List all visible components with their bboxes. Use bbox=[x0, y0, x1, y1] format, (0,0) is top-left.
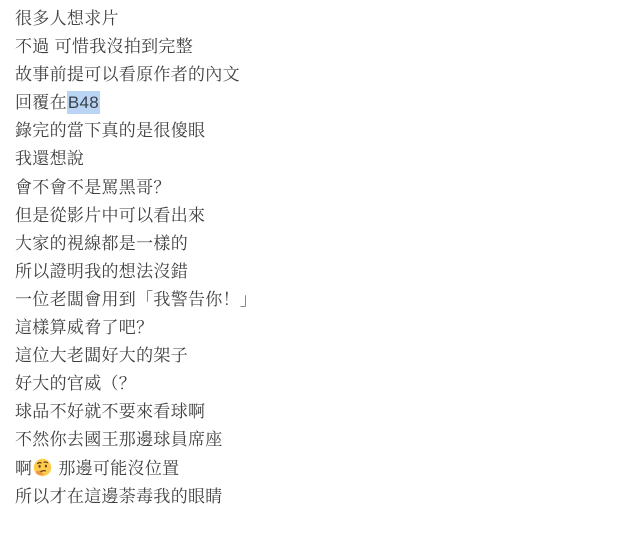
post-line: 一位老闆會用到「我警告你！」 bbox=[15, 286, 615, 314]
post-text: 一位老闆會用到「我警告你！」 bbox=[15, 290, 257, 309]
post-text: 不然你去國王那邊球員席座 bbox=[15, 430, 223, 449]
post-text: 回覆在 bbox=[15, 93, 67, 112]
post-line: 很多人想求片 bbox=[15, 5, 615, 33]
post-text: 不過 可惜我沒拍到完整 bbox=[15, 37, 193, 56]
post-line: 大家的視線都是一樣的 bbox=[15, 230, 615, 258]
post-text: 這位大老闆好大的架子 bbox=[15, 346, 188, 365]
post-line: 錄完的當下真的是很傻眼 bbox=[15, 117, 615, 145]
post-line: 不然你去國王那邊球員席座 bbox=[15, 426, 615, 454]
post-text: 那邊可能沒位置 bbox=[53, 459, 179, 478]
post-line: 我還想說 bbox=[15, 145, 615, 173]
post-text: 但是從影片中可以看出來 bbox=[15, 206, 205, 225]
post-line: 回覆在B48 bbox=[15, 89, 615, 117]
post-text: 球品不好就不要來看球啊 bbox=[15, 402, 205, 421]
post-line: 這位大老闆好大的架子 bbox=[15, 342, 615, 370]
post-text: 這樣算威脅了吧？ bbox=[15, 318, 153, 337]
post-text: 故事前提可以看原作者的內文 bbox=[15, 65, 240, 84]
post-line: 但是從影片中可以看出來 bbox=[15, 202, 615, 230]
post-text: 很多人想求片 bbox=[15, 9, 119, 28]
post-text: 我還想說 bbox=[15, 149, 84, 168]
post-line: 啊 那邊可能沒位置 bbox=[15, 455, 615, 483]
post-text: 大家的視線都是一樣的 bbox=[15, 234, 188, 253]
post-text: 好大的官威（？ bbox=[15, 374, 136, 393]
post-text: 啊 bbox=[15, 459, 32, 478]
post-text: 會不會不是罵黑哥？ bbox=[15, 178, 171, 197]
thinking-face-emoji bbox=[33, 458, 52, 477]
post-line: 所以證明我的想法沒錯 bbox=[15, 258, 615, 286]
post-text: 錄完的當下真的是很傻眼 bbox=[15, 121, 205, 140]
post-body: 很多人想求片不過 可惜我沒拍到完整故事前提可以看原作者的內文回覆在B48錄完的當… bbox=[15, 5, 615, 511]
post-line: 故事前提可以看原作者的內文 bbox=[15, 61, 615, 89]
post-text: 所以才在這邊荼毒我的眼睛 bbox=[15, 487, 223, 506]
post-line: 會不會不是罵黑哥？ bbox=[15, 174, 615, 202]
post-text: 所以證明我的想法沒錯 bbox=[15, 262, 188, 281]
post-line: 球品不好就不要來看球啊 bbox=[15, 398, 615, 426]
post-line: 不過 可惜我沒拍到完整 bbox=[15, 33, 615, 61]
post-line: 所以才在這邊荼毒我的眼睛 bbox=[15, 483, 615, 511]
post-line: 這樣算威脅了吧？ bbox=[15, 314, 615, 342]
post-line: 好大的官威（？ bbox=[15, 370, 615, 398]
selection-highlight: B48 bbox=[67, 91, 100, 114]
